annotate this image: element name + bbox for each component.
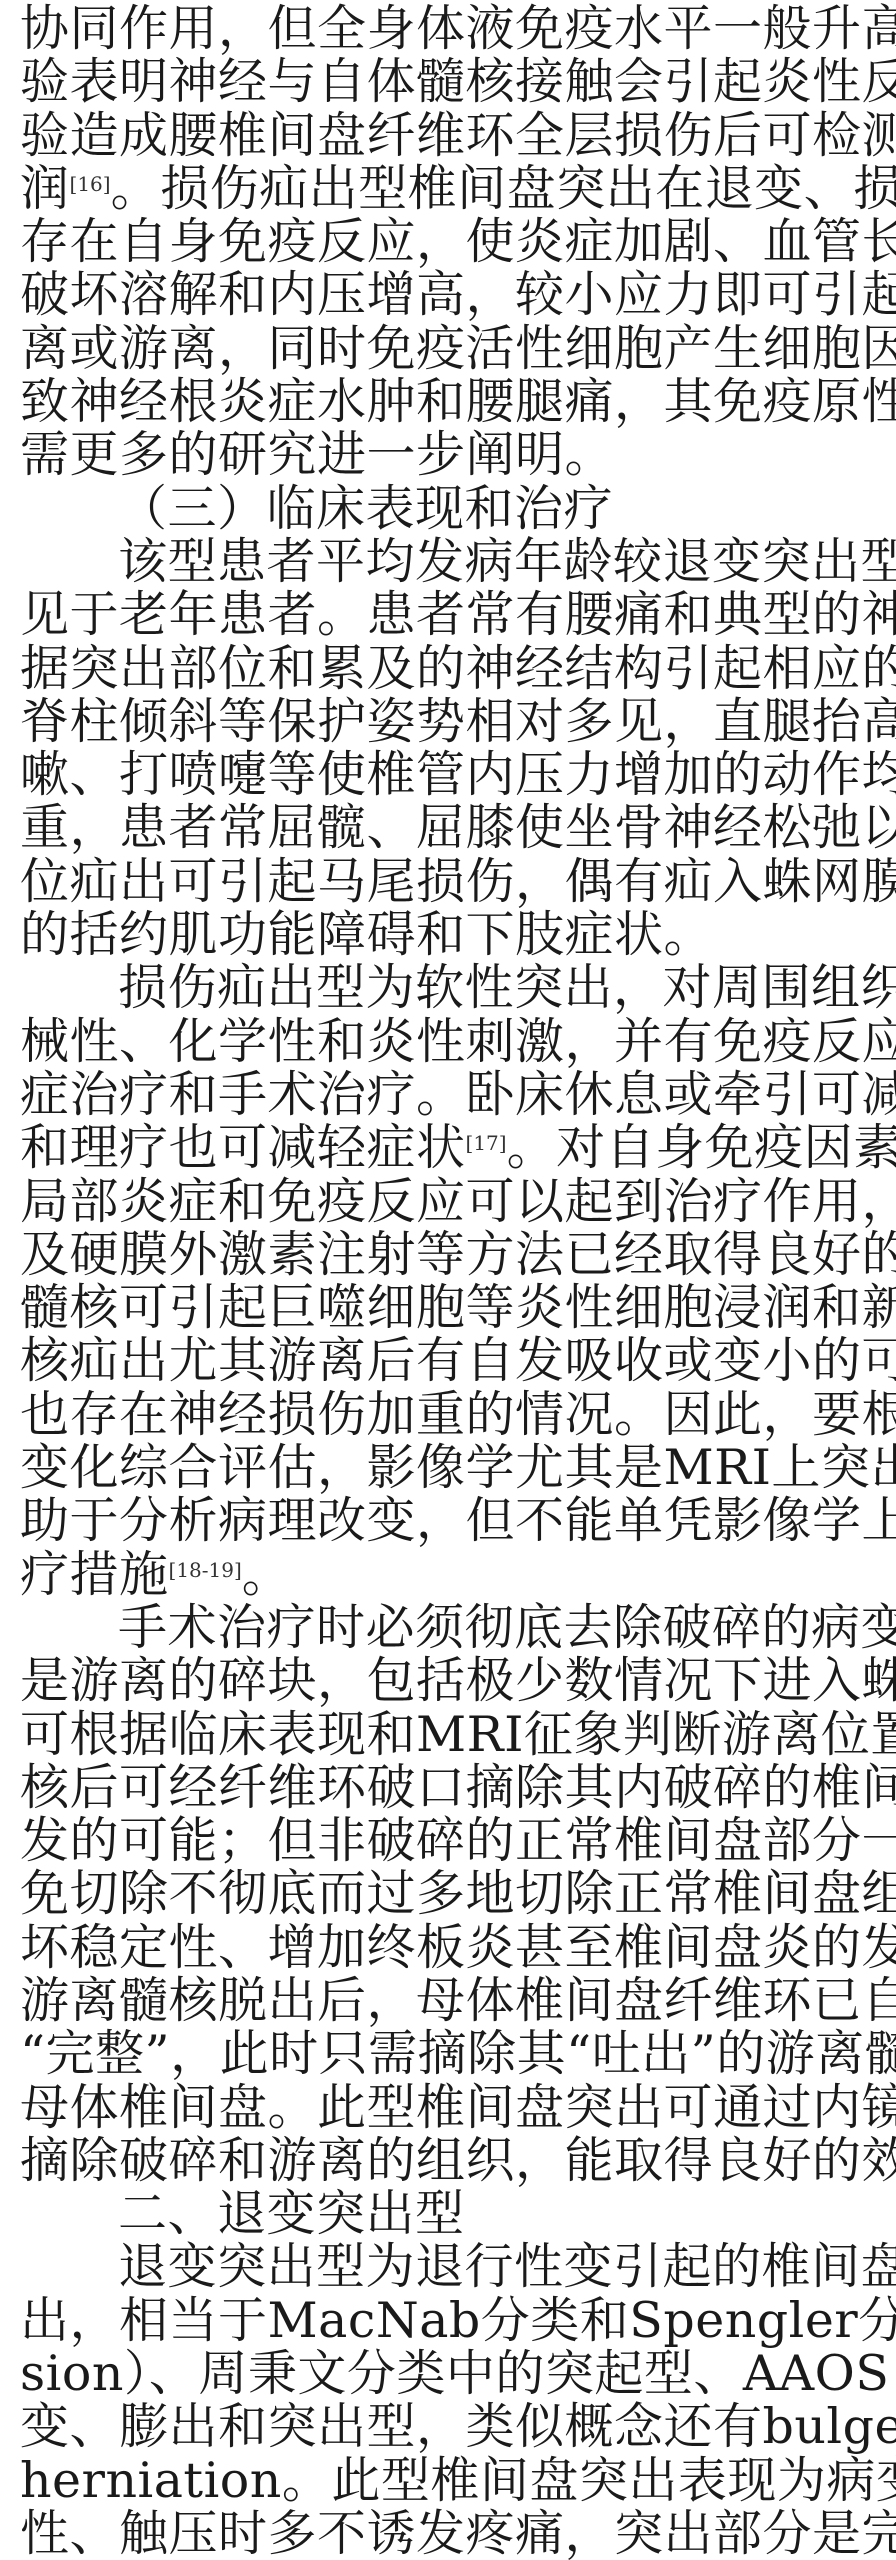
text-run: 嗽、打喷嚏等使椎管内压力增加的动作均可引起腰腿痛加 — [20, 746, 896, 803]
text-line: 性、触压时多不诱发疼痛，突出部分是完整椎间盘的一部分， — [20, 2507, 876, 2560]
text-line: 游离髓核脱出后，母体椎间盘纤维环已自行闭合修复，表面 — [20, 1974, 876, 2027]
text-run: 及硬膜外激素注射等方法已经取得良好的临床效果。疝出 — [20, 1226, 896, 1283]
text-run: 手术治疗时必须彻底去除破碎的病变椎间盘物质，尤其 — [118, 1599, 896, 1656]
text-line: 据突出部位和累及的神经结构引起相应的症状和定位体征， — [20, 642, 876, 695]
text-line: 及硬膜外激素注射等方法已经取得良好的临床效果。疝出 — [20, 1228, 876, 1281]
text-run: 核后可经纤维环破口摘除其内破碎的椎间盘组织，以降低复 — [20, 1759, 896, 1816]
text-line: 母体椎间盘。此型椎间盘突出可通过内镜下微创手术彻底 — [20, 2081, 876, 2134]
text-run: 。对自身免疫因素的研究证实抑制 — [507, 1119, 896, 1176]
body-paragraph: 退变突出型为退行性变引起的椎间盘弥漫或局限性突出，相当于MacNab分类和Spe… — [20, 2240, 876, 2560]
text-run: 。 — [242, 1546, 292, 1603]
text-run: 存在自身免疫反应，使炎症加剧、血管长入和细胞浸润，组织 — [20, 213, 896, 270]
body-paragraph: 该型患者平均发病年龄较退变突出型患者稍小，但也可见于老年患者。患者常有腰痛和典型… — [20, 535, 876, 961]
text-run: 需更多的研究进一步阐明。 — [20, 426, 614, 483]
text-run: herniation。此型椎间盘突出表现为病变部位质地硬、无弹 — [20, 2452, 896, 2509]
text-line: 见于老年患者。患者常有腰痛和典型的神经根性放射痛，根 — [20, 588, 876, 641]
paper-page: 协同作用，但全身体液免疫水平一般升高幅度较小[7,10]。实验表明神经与自体髓核… — [20, 2, 876, 2560]
text-run: 发的可能；但非破碎的正常椎间盘部分一般不应切除，为避 — [20, 1812, 896, 1869]
text-run: 润 — [20, 160, 70, 217]
citation-superscript: [17] — [466, 1131, 507, 1155]
text-line: 坏稳定性、增加终板炎甚至椎间盘炎的发生率。少数情况下 — [20, 1921, 876, 1974]
text-run: 变、膨出和突出型，类似概念还有bulge、displacement、hard — [20, 2398, 896, 2455]
text-line: 位疝出可引起马尾损伤，偶有疝入蛛网膜下腔者，引起严重 — [20, 855, 876, 908]
text-run: 协同作用，但全身体液免疫水平一般升高幅度较小 — [20, 0, 896, 57]
text-line: 髓核可引起巨噬细胞等炎性细胞浸润和新生血管化，虽然髓 — [20, 1281, 876, 1334]
text-run: 位疝出可引起马尾损伤，偶有疝入蛛网膜下腔者，引起严重 — [20, 853, 896, 910]
text-run: 破坏溶解和内压增高，较小应力即可引起椎间盘组织碎块脱 — [20, 266, 896, 323]
text-run: 据突出部位和累及的神经结构引起相应的症状和定位体征， — [20, 640, 896, 697]
text-line: 症治疗和手术治疗。卧床休息或牵引可减轻局部应力，药物 — [20, 1068, 876, 1121]
text-line: 局部炎症和免疫反应可以起到治疗作用，非甾体抗炎镇痛药 — [20, 1175, 876, 1228]
text-line: 协同作用，但全身体液免疫水平一般升高幅度较小[7,10]。实 — [20, 2, 876, 55]
text-line: 损伤疝出型为软性突出，对周围组织和神经结构产生机 — [20, 961, 876, 1014]
text-run: 离或游离，同时免疫活性细胞产生细胞因子和炎性介质，导 — [20, 320, 896, 377]
text-run: 损伤疝出型为软性突出，对周围组织和神经结构产生机 — [118, 959, 896, 1016]
text-line: 核疝出尤其游离后有自发吸收或变小的可能，但在此过程中 — [20, 1334, 876, 1387]
text-line: 助于分析病理改变，但不能单凭影像学上的突出形态确定治 — [20, 1494, 876, 1547]
text-run: 该型患者平均发病年龄较退变突出型患者稍小，但也可 — [118, 533, 896, 590]
text-run: 也存在神经损伤加重的情况。因此，要根据临床表现和病情 — [20, 1386, 896, 1443]
text-line: sion）、周秉文分类中的突起型、AAOS & ISSLS分类中的退 — [20, 2347, 876, 2400]
text-run: 退变突出型为退行性变引起的椎间盘弥漫或局限性突 — [118, 2238, 896, 2295]
text-run: 出，相当于MacNab分类和Spengler分类中的突出（protru- — [20, 2292, 896, 2349]
text-line: 该型患者平均发病年龄较退变突出型患者稍小，但也可 — [20, 535, 876, 588]
text-run: 坏稳定性、增加终板炎甚至椎间盘炎的发生率。少数情况下 — [20, 1919, 896, 1976]
citation-superscript: [16] — [70, 172, 111, 196]
body-paragraph: 协同作用，但全身体液免疫水平一般升高幅度较小[7,10]。实验表明神经与自体髓核… — [20, 2, 876, 482]
text-run: 性、触压时多不诱发疼痛，突出部分是完整椎间盘的一部分， — [20, 2505, 896, 2560]
text-run: 重，患者常屈髋、屈膝使坐骨神经松弛以减轻疼痛。中央部 — [20, 799, 896, 856]
text-line: 变化综合评估，影像学尤其是MRI上突出形态和信号变化有 — [20, 1441, 876, 1494]
text-line: 摘除破碎和游离的组织，能取得良好的效果。 — [20, 2134, 876, 2187]
text-run: 免切除不彻底而过多地切除正常椎间盘组织会增加损伤、破 — [20, 1865, 896, 1922]
text-run: “完整”，此时只需摘除其“吐出”的游离髓核即可，无须切开 — [20, 2025, 896, 2082]
text-run: 髓核可引起巨噬细胞等炎性细胞浸润和新生血管化，虽然髓 — [20, 1279, 896, 1336]
text-line: 存在自身免疫反应，使炎症加剧、血管长入和细胞浸润，组织 — [20, 215, 876, 268]
text-line: 出，相当于MacNab分类和Spengler分类中的突出（protru- — [20, 2294, 876, 2347]
text-run: 疗措施 — [20, 1546, 169, 1603]
text-line: 致神经根炎症水肿和腰腿痛，其免疫原性和具体发病机制还 — [20, 375, 876, 428]
text-line: 和理疗也可减轻症状[17]。对自身免疫因素的研究证实抑制 — [20, 1121, 876, 1174]
text-line: 发的可能；但非破碎的正常椎间盘部分一般不应切除，为避 — [20, 1814, 876, 1867]
text-run: 致神经根炎症水肿和腰腿痛，其免疫原性和具体发病机制还 — [20, 373, 896, 430]
text-line: 可根据临床表现和MRI征象判断游离位置。摘除疝出的髓 — [20, 1708, 876, 1761]
text-run: 见于老年患者。患者常有腰痛和典型的神经根性放射痛，根 — [20, 586, 896, 643]
text-line: 是游离的碎块，包括极少数情况下进入蛛网膜下腔的碎块， — [20, 1654, 876, 1707]
text-run: 母体椎间盘。此型椎间盘突出可通过内镜下微创手术彻底 — [20, 2079, 896, 2136]
text-line: 变、膨出和突出型，类似概念还有bulge、displacement、hard — [20, 2400, 876, 2453]
text-run: 局部炎症和免疫反应可以起到治疗作用，非甾体抗炎镇痛药 — [20, 1173, 896, 1230]
text-line: “完整”，此时只需摘除其“吐出”的游离髓核即可，无须切开 — [20, 2027, 876, 2080]
text-run: sion）、周秉文分类中的突起型、AAOS & ISSLS分类中的退 — [20, 2345, 896, 2402]
text-line: 脊柱倾斜等保护姿势相对多见，直腿抬高试验常为阳性。咳 — [20, 695, 876, 748]
text-run: 和理疗也可减轻症状 — [20, 1119, 466, 1176]
text-line: 破坏溶解和内压增高，较小应力即可引起椎间盘组织碎块脱 — [20, 268, 876, 321]
text-run: 的括约肌功能障碍和下肢症状。 — [20, 906, 713, 963]
text-run: 械性、化学性和炎性刺激，并有免疫反应，主要治疗手段为对 — [20, 1013, 896, 1070]
text-line: herniation。此型椎间盘突出表现为病变部位质地硬、无弹 — [20, 2454, 876, 2507]
citation-superscript: [18-19] — [169, 1558, 242, 1582]
text-run: 变化综合评估，影像学尤其是MRI上突出形态和信号变化有 — [20, 1439, 896, 1496]
text-line: 核后可经纤维环破口摘除其内破碎的椎间盘组织，以降低复 — [20, 1761, 876, 1814]
text-run: 可根据临床表现和MRI征象判断游离位置。摘除疝出的髓 — [20, 1706, 896, 1763]
text-run: 。损伤疝出型椎间盘突出在退变、损伤和修复的基础上 — [111, 160, 896, 217]
text-run: 脊柱倾斜等保护姿势相对多见，直腿抬高试验常为阳性。咳 — [20, 693, 896, 750]
text-run: 游离髓核脱出后，母体椎间盘纤维环已自行闭合修复，表面 — [20, 1972, 896, 2029]
text-line: 手术治疗时必须彻底去除破碎的病变椎间盘物质，尤其 — [20, 1601, 876, 1654]
text-line: 的括约肌功能障碍和下肢症状。 — [20, 908, 876, 961]
text-run: 症治疗和手术治疗。卧床休息或牵引可减轻局部应力，药物 — [20, 1066, 896, 1123]
text-line: 重，患者常屈髋、屈膝使坐骨神经松弛以减轻疼痛。中央部 — [20, 801, 876, 854]
text-line: 嗽、打喷嚏等使椎管内压力增加的动作均可引起腰腿痛加 — [20, 748, 876, 801]
body-paragraph: 手术治疗时必须彻底去除破碎的病变椎间盘物质，尤其是游离的碎块，包括极少数情况下进… — [20, 1601, 876, 2187]
section-heading: 二、退变突出型 — [20, 2187, 876, 2240]
text-line: 也存在神经损伤加重的情况。因此，要根据临床表现和病情 — [20, 1388, 876, 1441]
text-line: 退变突出型为退行性变引起的椎间盘弥漫或局限性突 — [20, 2240, 876, 2293]
text-run: 助于分析病理改变，但不能单凭影像学上的突出形态确定治 — [20, 1492, 896, 1549]
text-line: 离或游离，同时免疫活性细胞产生细胞因子和炎性介质，导 — [20, 322, 876, 375]
text-run: 验造成腰椎间盘纤维环全层损伤后可检测到炎性细胞浸 — [20, 107, 896, 164]
text-line: 需更多的研究进一步阐明。 — [20, 428, 876, 481]
text-run: 验表明神经与自体髓核接触会引起炎性反应和损伤；动物实 — [20, 53, 896, 110]
text-run: 核疝出尤其游离后有自发吸收或变小的可能，但在此过程中 — [20, 1332, 896, 1389]
text-line: 免切除不彻底而过多地切除正常椎间盘组织会增加损伤、破 — [20, 1867, 876, 1920]
body-paragraph: 损伤疝出型为软性突出，对周围组织和神经结构产生机械性、化学性和炎性刺激，并有免疫… — [20, 961, 876, 1601]
section-heading: （三）临床表现和治疗 — [20, 482, 876, 535]
text-run: 摘除破碎和游离的组织，能取得良好的效果。 — [20, 2132, 896, 2189]
text-line: 疗措施[18-19]。 — [20, 1548, 876, 1601]
text-line: 械性、化学性和炎性刺激，并有免疫反应，主要治疗手段为对 — [20, 1015, 876, 1068]
text-run: 是游离的碎块，包括极少数情况下进入蛛网膜下腔的碎块， — [20, 1652, 896, 1709]
text-line: 验表明神经与自体髓核接触会引起炎性反应和损伤；动物实 — [20, 55, 876, 108]
text-line: 润[16]。损伤疝出型椎间盘突出在退变、损伤和修复的基础上 — [20, 162, 876, 215]
text-line: 验造成腰椎间盘纤维环全层损伤后可检测到炎性细胞浸 — [20, 109, 876, 162]
